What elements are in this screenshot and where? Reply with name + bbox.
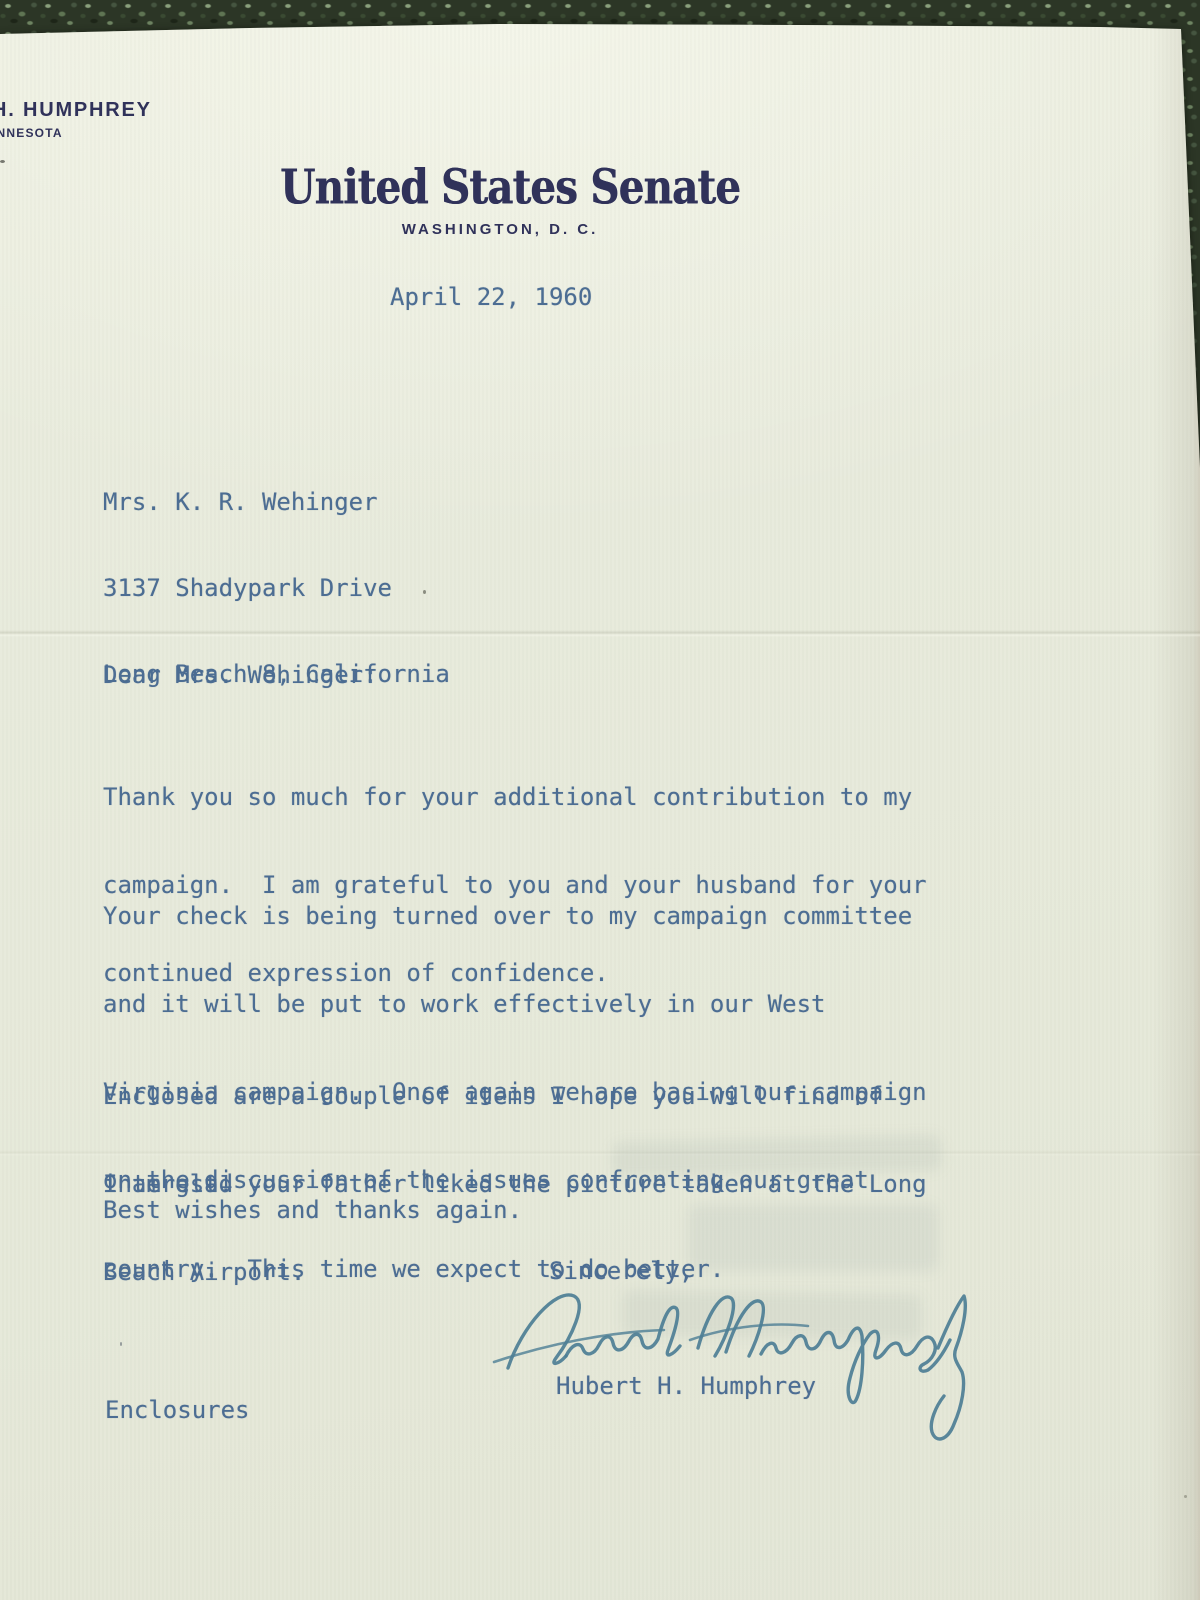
- body-line: Your check is being turned over to my ca…: [103, 902, 927, 931]
- letterhead-sender-state: INNESOTA: [0, 127, 63, 139]
- signature-script-icon: [470, 1252, 990, 1462]
- letter-date: April 22, 1960: [390, 283, 592, 312]
- signature-text: Hubert H Humphrey: [556, 1305, 557, 1306]
- enclosures-note: Enclosures: [105, 1396, 250, 1425]
- letterhead-sender-name: H. HUMPHREY: [0, 100, 152, 120]
- typed-name: Hubert H. Humphrey: [556, 1372, 816, 1401]
- letterhead-org-name: United States Senate: [61, 163, 959, 211]
- body-line: Enclosed are a couple of items I hope yo…: [103, 1082, 883, 1111]
- letterhead-org-location: WASHINGTON, D. C.: [0, 222, 1000, 237]
- paper-speck: [1184, 1495, 1187, 1498]
- recipient-line: 3137 Shadypark Drive: [103, 574, 450, 603]
- closing-line: Best wishes and thanks again.: [103, 1196, 522, 1225]
- body-line: I am glad your father liked the picture …: [103, 1170, 927, 1199]
- recipient-line: Mrs. K. R. Wehinger: [103, 488, 450, 517]
- photo-scene: H. HUMPHREY INNESOTA United States Senat…: [0, 0, 1200, 1600]
- salutation: Dear Mrs. Wehinger:: [103, 661, 378, 690]
- letter-paper: H. HUMPHREY INNESOTA United States Senat…: [0, 0, 1200, 1600]
- recipient-address: Mrs. K. R. Wehinger 3137 Shadypark Drive…: [103, 430, 450, 747]
- letter-paper-wrap: H. HUMPHREY INNESOTA United States Senat…: [0, 0, 1200, 1600]
- body-line: Thank you so much for your additional co…: [103, 783, 927, 812]
- paper-speck: [0, 160, 5, 163]
- body-line: and it will be put to work effectively i…: [103, 990, 927, 1019]
